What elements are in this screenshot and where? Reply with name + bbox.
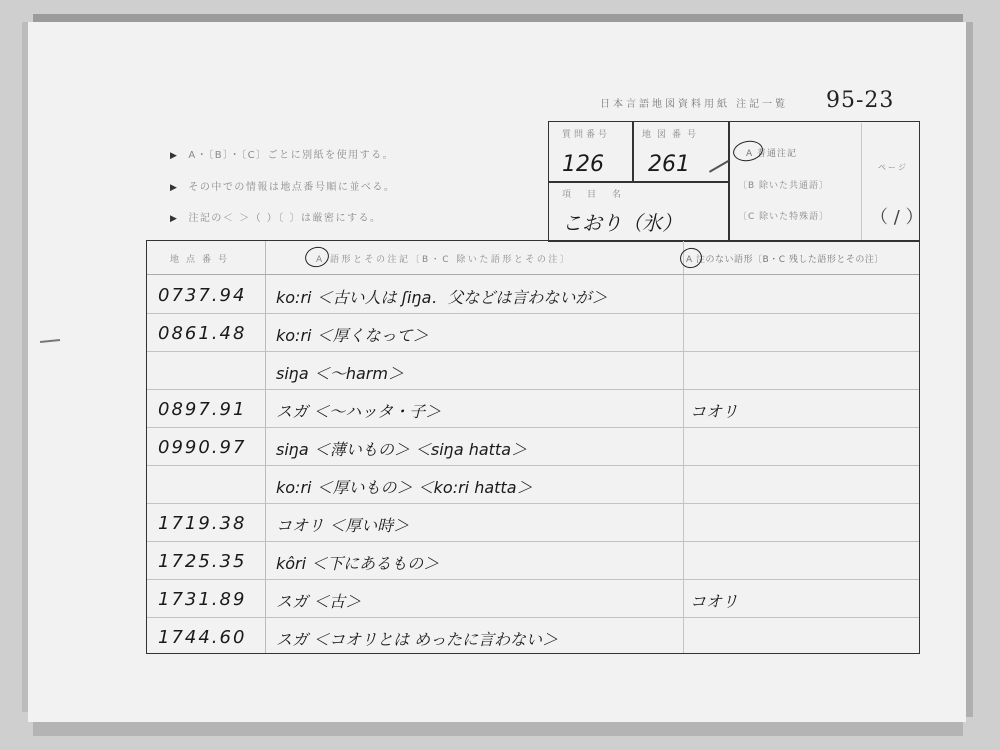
card-right-edge bbox=[965, 22, 973, 717]
plain-form: コオリ bbox=[690, 589, 738, 612]
word-form: ko:ri ＜厚いもの＞ ＜ko:ri hatta＞ bbox=[276, 475, 533, 498]
question-number: 126 bbox=[562, 152, 604, 177]
row-divider bbox=[147, 427, 919, 428]
row-divider bbox=[147, 465, 919, 466]
column-header-plain: A 注のない語形〔B・C 残した語形とその注〕 bbox=[686, 252, 884, 265]
row-divider bbox=[147, 503, 919, 504]
point-number: 1731.89 bbox=[158, 589, 246, 610]
card-bottom-edge bbox=[33, 722, 963, 736]
word-form: スガ ＜～ハッタ・子＞ bbox=[276, 399, 441, 422]
page-value: （ / ） bbox=[870, 203, 924, 229]
column-header-form: A 語形とその注記〔B・C 除いた語形とその注〕 bbox=[316, 252, 571, 265]
word-form: siŋa ＜薄いもの＞ ＜siŋa hatta＞ bbox=[276, 437, 527, 460]
point-number: 0897.91 bbox=[158, 399, 246, 420]
plain-form: コオリ bbox=[690, 399, 738, 422]
info-divider bbox=[632, 121, 634, 183]
row-divider bbox=[147, 579, 919, 580]
row-divider bbox=[147, 617, 919, 618]
column-divider bbox=[683, 241, 684, 653]
point-number: 1744.60 bbox=[158, 627, 246, 648]
column-divider bbox=[265, 241, 266, 653]
row-divider bbox=[147, 389, 919, 390]
word-form: スガ ＜コオリとは めったに言わない＞ bbox=[276, 627, 558, 650]
word-form: ko:ri ＜厚くなって＞ bbox=[276, 323, 429, 346]
word-form: スガ ＜古＞ bbox=[276, 589, 361, 612]
map-number-label: 地図番号 bbox=[642, 127, 702, 140]
question-number-label: 質問番号 bbox=[562, 127, 610, 140]
row-divider bbox=[147, 541, 919, 542]
instruction-1: ▶A・〔B〕・〔C〕ごとに別紙を使用する。 bbox=[170, 146, 394, 161]
form-title: 日本言語地図資料用紙 注記一覧 bbox=[600, 95, 788, 110]
word-form: ko:ri ＜古い人は ʃiŋa．父などは言わないが＞ bbox=[276, 285, 607, 308]
point-number: 1719.38 bbox=[158, 513, 246, 534]
info-divider bbox=[861, 123, 862, 240]
triangle-bullet-icon: ▶ bbox=[170, 214, 178, 224]
instruction-2: ▶その中での情報は地点番号順に並べる。 bbox=[170, 178, 395, 193]
row-divider bbox=[147, 351, 919, 352]
point-number: 0990.97 bbox=[158, 437, 246, 458]
triangle-bullet-icon: ▶ bbox=[170, 183, 178, 193]
info-divider bbox=[548, 181, 729, 183]
map-number: 261 bbox=[648, 152, 690, 177]
triangle-bullet-icon: ▶ bbox=[170, 151, 178, 161]
row-divider bbox=[147, 313, 919, 314]
header-divider bbox=[147, 274, 919, 275]
point-number: 1725.35 bbox=[158, 551, 246, 572]
page-label: ページ bbox=[878, 162, 908, 173]
item-name: こおり（氷） bbox=[562, 207, 682, 236]
item-name-label: 項目名 bbox=[562, 187, 637, 200]
column-header-point: 地点番号 bbox=[170, 252, 234, 265]
point-number: 0737.94 bbox=[158, 285, 246, 306]
word-form: コオリ ＜厚い時＞ bbox=[276, 513, 409, 536]
category-c: 〔C 除いた特殊語〕 bbox=[738, 209, 829, 222]
word-form: siŋa ＜～harm＞ bbox=[276, 361, 404, 384]
form-number: 95-23 bbox=[826, 88, 894, 113]
instruction-3: ▶注記の＜ ＞（ ）〔 〕は厳密にする。 bbox=[170, 209, 381, 224]
word-form: kôri ＜下にあるもの＞ bbox=[276, 551, 439, 574]
point-number: 0861.48 bbox=[158, 323, 246, 344]
category-b: 〔B 除いた共通語〕 bbox=[738, 178, 829, 191]
